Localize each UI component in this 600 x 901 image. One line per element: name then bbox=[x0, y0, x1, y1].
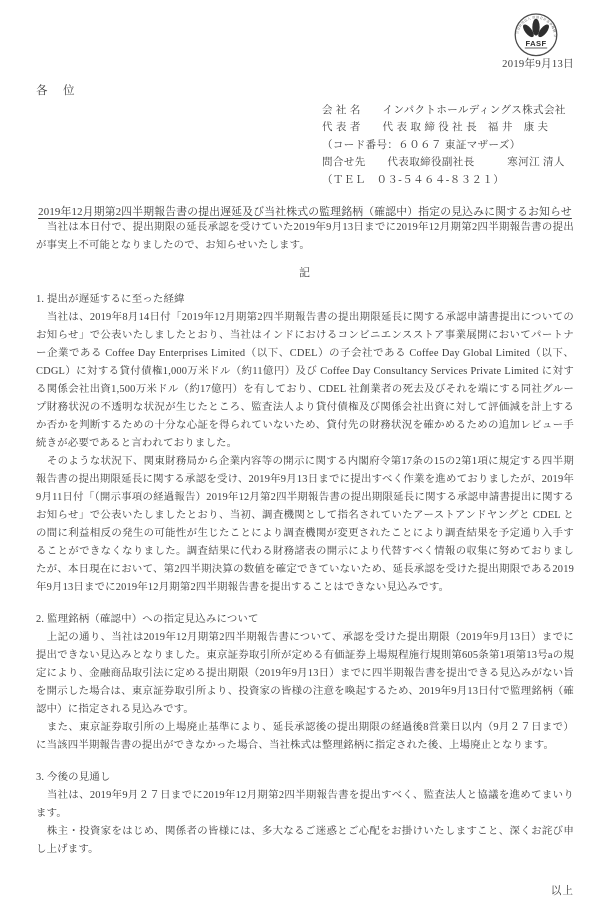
document-date: 2019年9月13日 bbox=[36, 56, 574, 71]
section-future-outlook: 3. 今後の見通し 当社は、2019年9月２７日までに2019年12月期第2四半… bbox=[36, 769, 574, 823]
document-body: 当社は本日付で、提出期限の延長承認を受けていた2019年9月13日までに2019… bbox=[36, 219, 574, 901]
section-supervision-designation: 2. 監理銘柄（確認中）への指定見込みについて 上記の通り、当社は2019年12… bbox=[36, 611, 574, 755]
section-paragraph: 当社は、2019年8月14日付「2019年12月期第2四半期報告書の提出期限延長… bbox=[36, 309, 574, 453]
closing-apology-paragraph: 株主・投資家をはじめ、関係者の皆様には、多大なるご迷惑とご心配をお掛けいたします… bbox=[36, 823, 574, 859]
section-paragraph: また、東京証券取引所の上場廃止基準により、延長承認後の提出期限の経過後8営業日以… bbox=[36, 719, 574, 755]
section-paragraph: そのような状況下、関東財務局から企業内容等の開示に関する内閣府令第17条の15の… bbox=[36, 453, 574, 597]
section-paragraph: 上記の通り、当社は2019年12月期第2四半期報告書について、承認を受けた提出期… bbox=[36, 629, 574, 719]
telephone-row: （ＴＥＬ ０３-５４６４-８３２１） bbox=[322, 172, 574, 189]
company-name-row: 会 社 名 インパクトホールディングス株式会社 bbox=[322, 102, 574, 119]
stock-code-row: （コード番号：６０６７ 東証マザーズ） bbox=[322, 137, 574, 154]
section-heading: 2. 監理銘柄（確認中）への指定見込みについて bbox=[36, 611, 574, 629]
section-heading: 1. 提出が遅延するに至った経緯 bbox=[36, 291, 574, 309]
salutation: 各 位 bbox=[36, 82, 574, 98]
intro-paragraph: 当社は本日付で、提出期限の延長承認を受けていた2019年9月13日までに2019… bbox=[36, 219, 574, 255]
document-title: 2019年12月期第2四半期報告書の提出遅延及び当社株式の監理銘柄（確認中）指定… bbox=[36, 204, 574, 219]
end-mark: 以上 bbox=[36, 883, 574, 901]
contact-row: 問合せ先 代表取締役副社長 寒河江 清人 bbox=[322, 154, 574, 171]
section-delay-background: 1. 提出が遅延するに至った経緯 当社は、2019年8月14日付「2019年12… bbox=[36, 291, 574, 597]
record-mark: 記 bbox=[36, 264, 574, 282]
representative-row: 代 表 者 代 表 取 締 役 社 長 福 井 康 夫 bbox=[322, 119, 574, 136]
company-info-block: 会 社 名 インパクトホールディングス株式会社 代 表 者 代 表 取 締 役 … bbox=[322, 102, 574, 189]
section-paragraph: 当社は、2019年9月２７日までに2019年12月期第2四半期報告書を提出すべく… bbox=[36, 787, 574, 823]
fasf-seal-icon: 公益財団法人 財務会計基準機構 会員 FASF bbox=[512, 8, 560, 60]
seal-acronym: FASF bbox=[525, 39, 546, 48]
section-heading: 3. 今後の見通し bbox=[36, 769, 574, 787]
document-page: 公益財団法人 財務会計基準機構 会員 FASF 2019年9月13日 各 位 会… bbox=[0, 0, 600, 901]
